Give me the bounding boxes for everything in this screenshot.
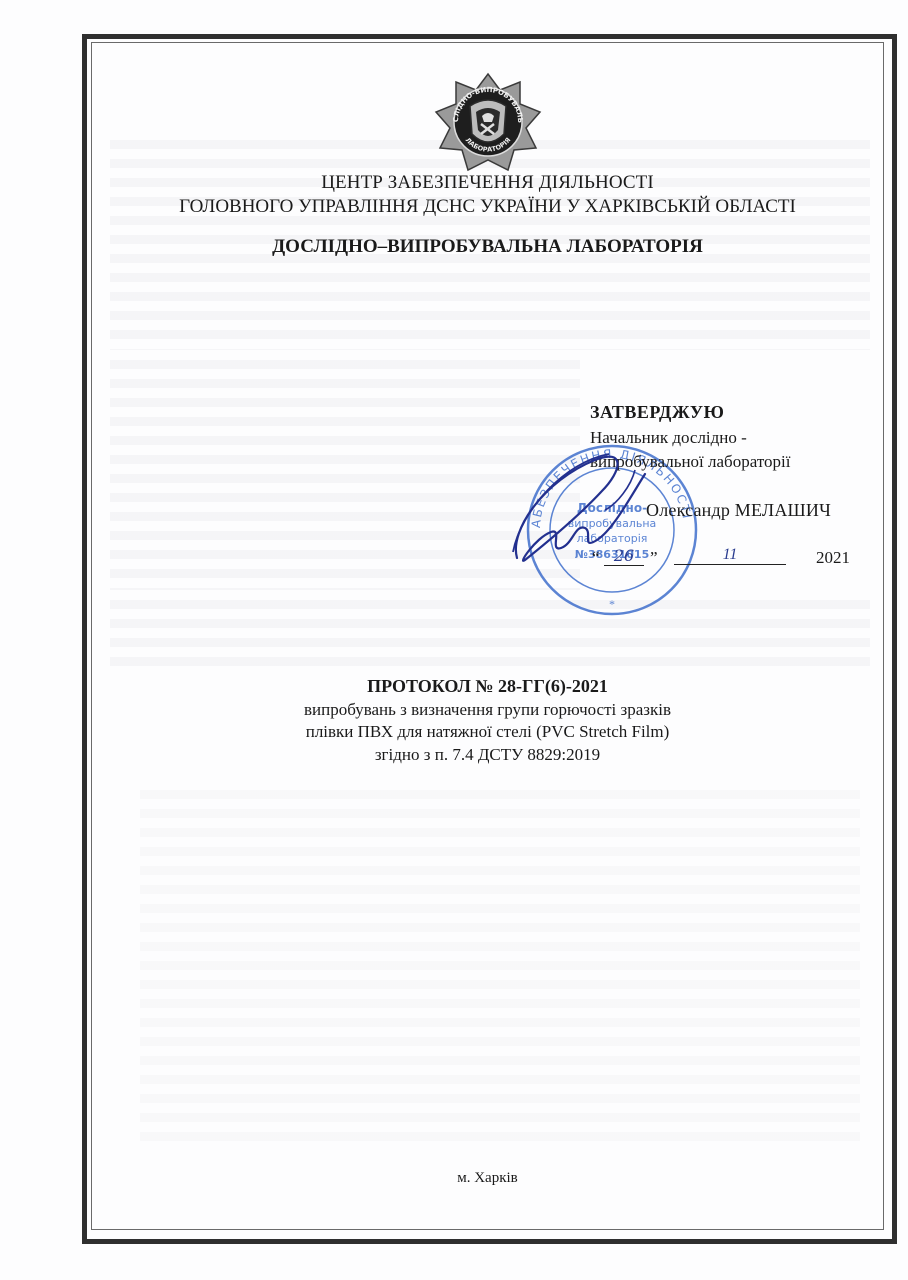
- approver-name: Олександр МЕЛАШИЧ: [646, 500, 831, 521]
- city-name: м. Харків: [91, 1170, 884, 1187]
- laboratory-name: ДОСЛІДНО–ВИПРОБУВАЛЬНА ЛАБОРАТОРІЯ: [91, 236, 884, 258]
- protocol-subtitle-line-3: згідно з п. 7.4 ДСТУ 8829:2019: [91, 745, 884, 765]
- protocol-subtitle-line-2: плівки ПВХ для натяжної стелі (PVC Stret…: [91, 722, 884, 742]
- page-frame-inner-line: [91, 42, 884, 1230]
- signature-icon: [505, 440, 655, 580]
- laboratory-emblem-icon: ДОСЛІДНО-ВИПРОБУВАЛЬНА ЛАБОРАТОРІЯ: [432, 72, 544, 172]
- document-page: ДОСЛІДНО-ВИПРОБУВАЛЬНА ЛАБОРАТОРІЯ ЦЕНТР…: [0, 0, 908, 1280]
- protocol-title: ПРОТОКОЛ № 28-ГГ(6)-2021: [91, 676, 884, 697]
- organization-line-1: ЦЕНТР ЗАБЕЗПЕЧЕННЯ ДІЯЛЬНОСТІ: [91, 172, 884, 194]
- protocol-subtitle-line-1: випробувань з визначення групи горючості…: [91, 700, 884, 720]
- organization-line-2: ГОЛОВНОГО УПРАВЛІННЯ ДСНС УКРАЇНИ У ХАРК…: [91, 196, 884, 218]
- date-month: 11: [674, 546, 786, 565]
- approval-heading: ЗАТВЕРДЖУЮ: [590, 402, 724, 423]
- date-year: 2021: [816, 548, 850, 568]
- svg-text:*: *: [609, 597, 615, 611]
